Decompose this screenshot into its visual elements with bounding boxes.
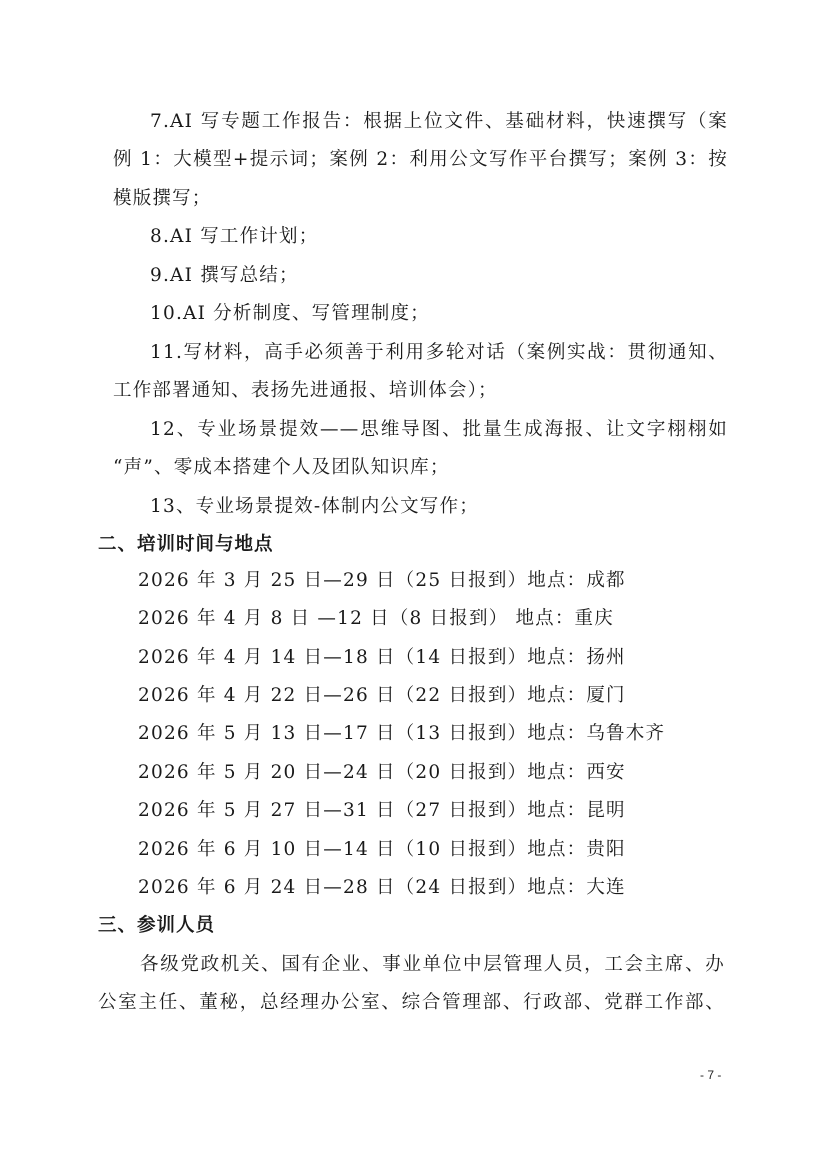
item-7-line-1: 7.AI 写专题工作报告：根据上位文件、基础材料，快速撰写（案 [150, 110, 728, 134]
item-8: 8.AI 写工作计划； [150, 225, 765, 249]
session-row: 2026 年 3 月 25 日—29 日（25 日报到）地点：成都 [138, 569, 753, 593]
item-12-line-1: 12、专业场景提效——思维导图、批量生成海报、让文字栩栩如 [150, 418, 728, 442]
section-heading-schedule: 二、培训时间与地点 [98, 533, 713, 557]
item-13: 13、专业场景提效-体制内公文写作； [150, 495, 765, 519]
item-9: 9.AI 撰写总结； [150, 264, 765, 288]
session-row: 2026 年 6 月 10 日—14 日（10 日报到）地点：贵阳 [138, 838, 753, 862]
session-row: 2026 年 4 月 8 日 —12 日（8 日报到） 地点：重庆 [138, 607, 753, 631]
item-11-line-1: 11.写材料，高手必须善于利用多轮对话（案例实战：贯彻通知、 [150, 341, 728, 365]
participants-line-1: 各级党政机关、国有企业、事业单位中层管理人员，工会主席、办 [140, 953, 725, 977]
session-row: 2026 年 5 月 27 日—31 日（27 日报到）地点：昆明 [138, 799, 753, 823]
session-row: 2026 年 6 月 24 日—28 日（24 日报到）地点：大连 [138, 876, 753, 900]
section-heading-participants: 三、参训人员 [98, 914, 713, 938]
session-row: 2026 年 5 月 20 日—24 日（20 日报到）地点：西安 [138, 761, 753, 785]
session-row: 2026 年 4 月 22 日—26 日（22 日报到）地点：厦门 [138, 684, 753, 708]
item-7-line-3: 模版撰写； [113, 187, 728, 211]
page-number: - 7 - [700, 1068, 721, 1082]
session-row: 2026 年 5 月 13 日—17 日（13 日报到）地点：乌鲁木齐 [138, 722, 753, 746]
participants-line-2: 公室主任、董秘，总经理办公室、综合管理部、行政部、党群工作部、 [98, 991, 725, 1015]
item-12-line-2: “声”、零成本搭建个人及团队知识库； [113, 456, 728, 480]
item-10: 10.AI 分析制度、写管理制度； [150, 302, 765, 326]
document-page: 7.AI 写专题工作报告：根据上位文件、基础材料，快速撰写（案 例 1：大模型+… [0, 0, 815, 1153]
item-11-line-2: 工作部署通知、表扬先进通报、培训体会）； [113, 379, 728, 403]
session-row: 2026 年 4 月 14 日—18 日（14 日报到）地点：扬州 [138, 646, 753, 670]
item-7-line-2: 例 1：大模型+提示词；案例 2：利用公文写作平台撰写；案例 3：按 [113, 148, 728, 172]
